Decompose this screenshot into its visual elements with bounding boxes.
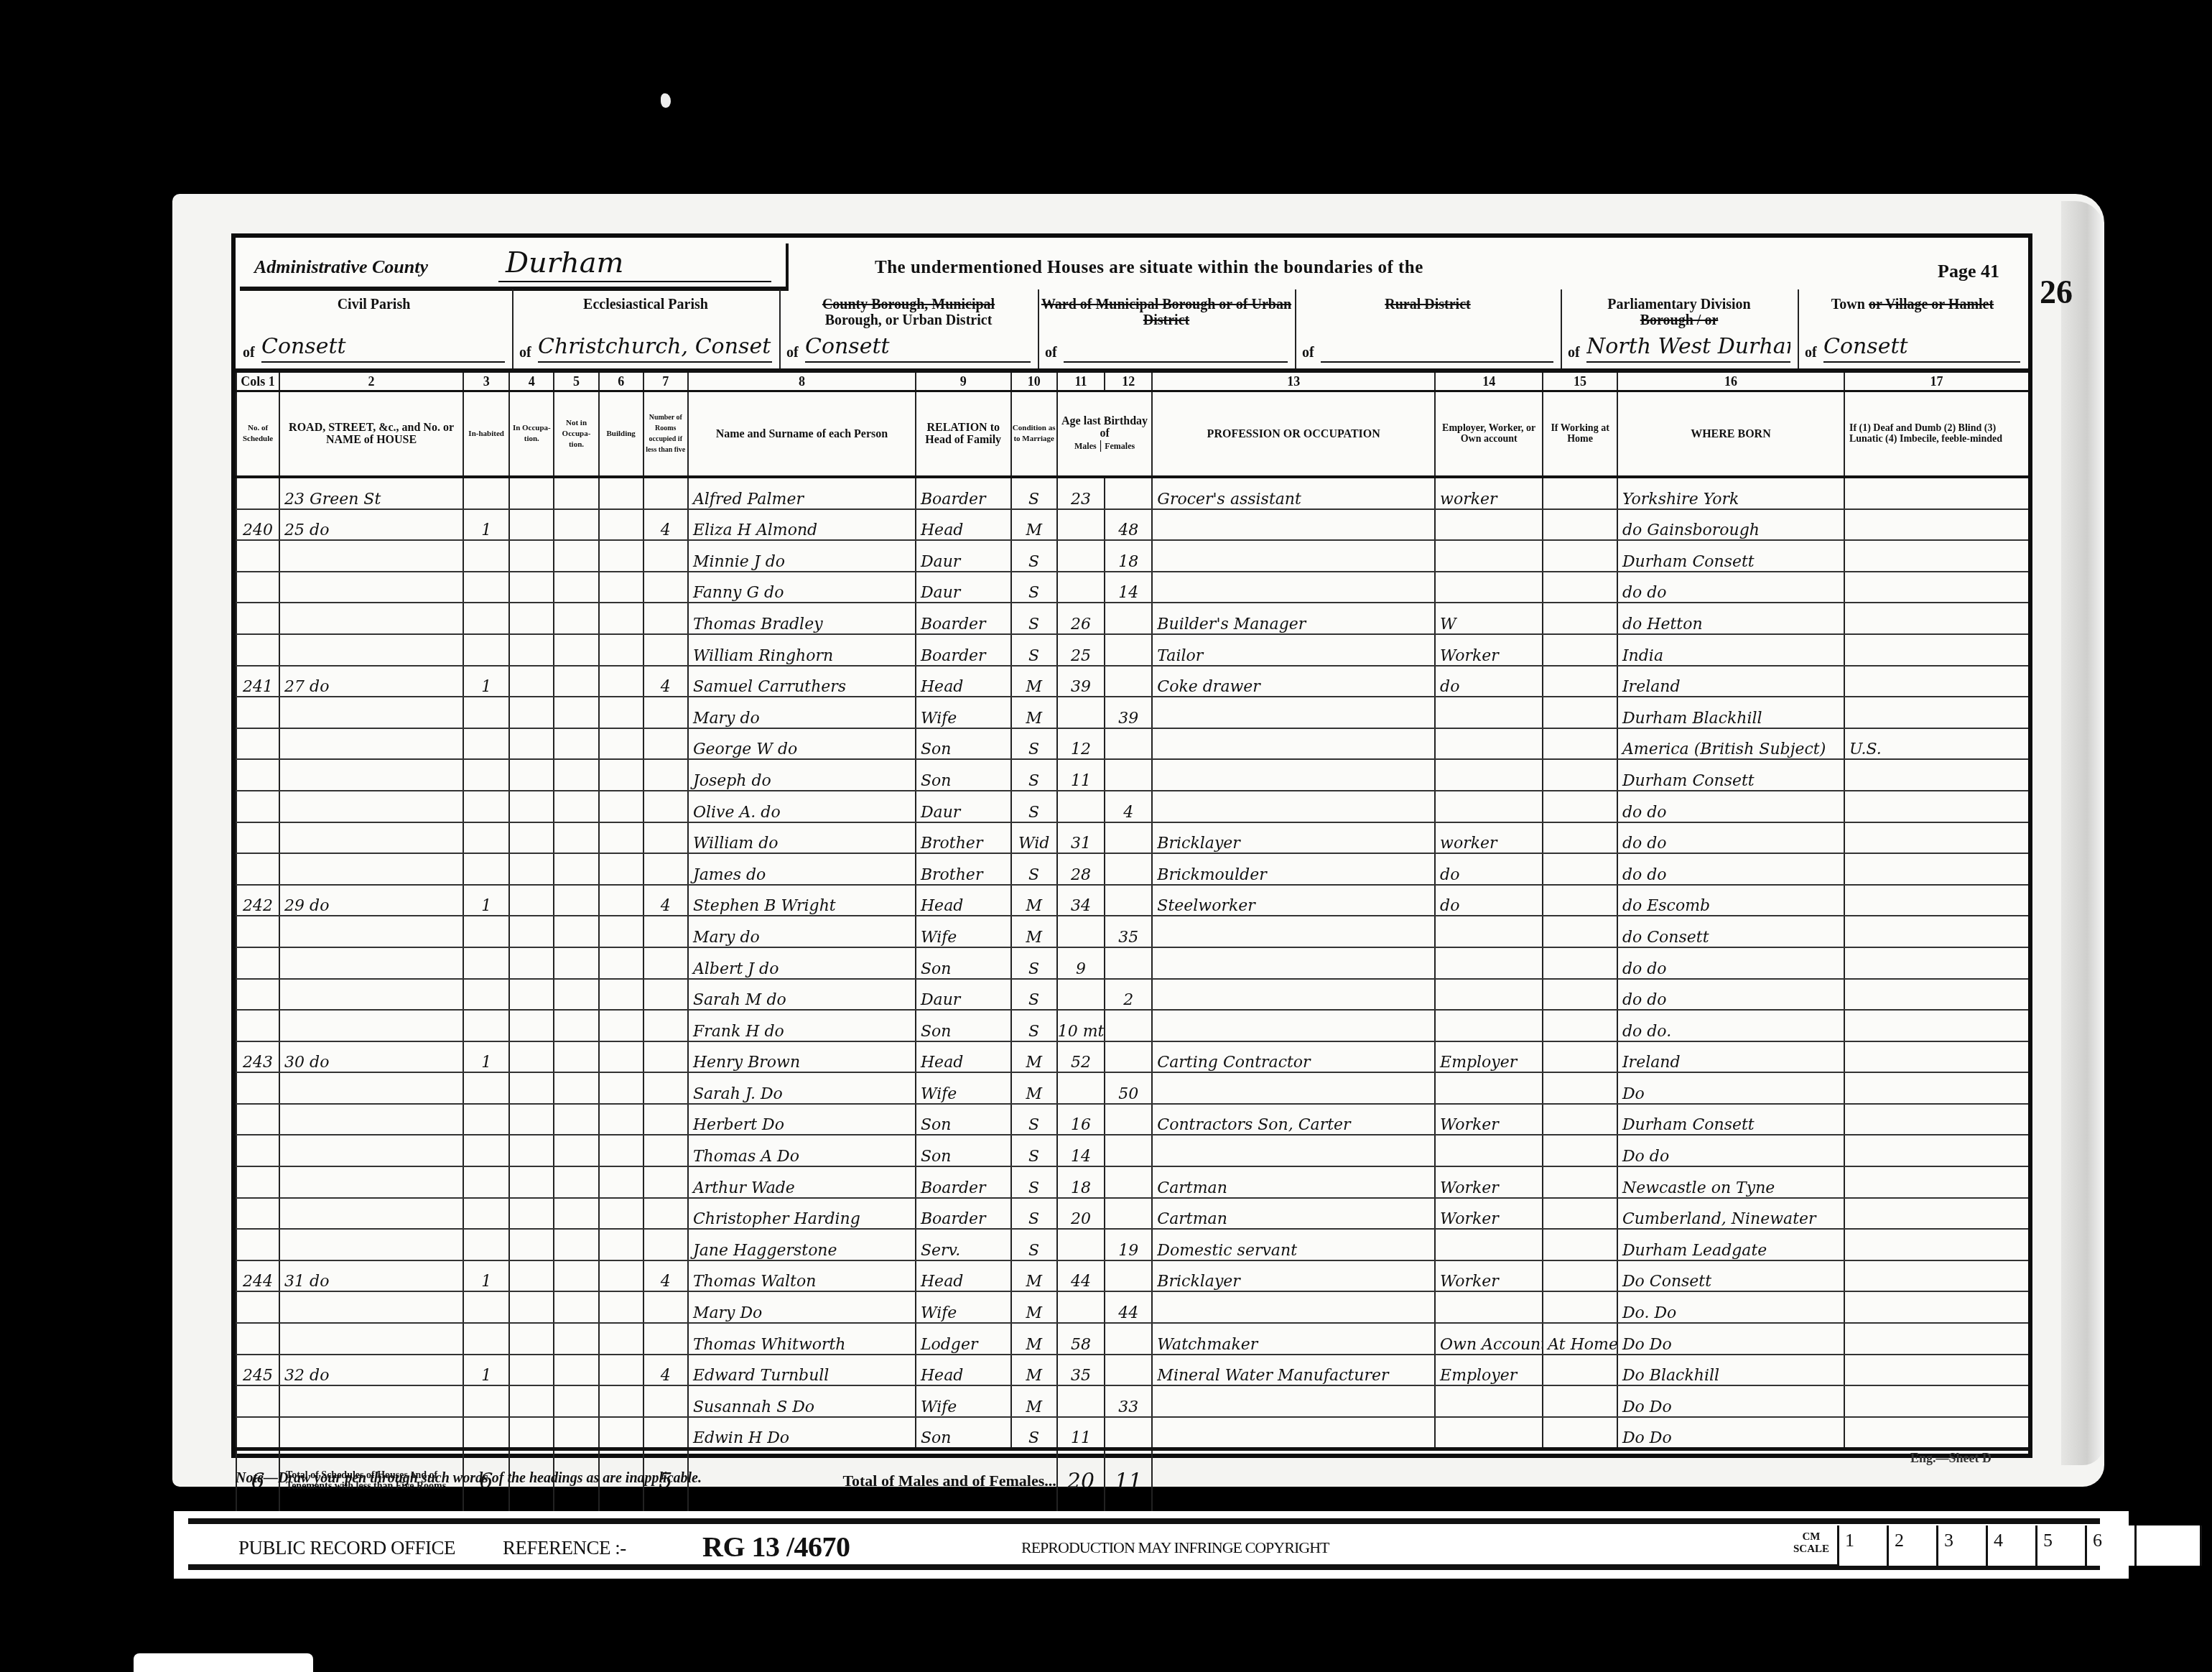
row-condition: S	[1011, 947, 1057, 979]
row-infirmity	[1844, 1417, 2028, 1449]
row-female-age	[1105, 759, 1152, 791]
row-male-age	[1057, 916, 1105, 947]
row-relation: Boarder	[916, 603, 1011, 634]
row-condition: S	[1011, 603, 1057, 634]
row-rooms: 4	[643, 885, 688, 916]
row-in-occupation	[509, 1072, 554, 1104]
row-building	[599, 1260, 643, 1292]
row-at-home	[1543, 979, 1617, 1011]
scale-mark: 4	[1986, 1525, 2035, 1566]
table-row: Thomas A DoSonS14Do do	[236, 1135, 2028, 1166]
row-inhabited	[463, 1010, 509, 1041]
row-infirmity	[1844, 634, 2028, 666]
row-condition: S	[1011, 1166, 1057, 1198]
row-schedule	[236, 759, 279, 791]
row-condition: S	[1011, 1198, 1057, 1230]
row-not-in-occupation	[554, 979, 598, 1011]
row-schedule	[236, 1166, 279, 1198]
row-relation: Serv.	[916, 1229, 1011, 1260]
row-female-age: 19	[1105, 1229, 1152, 1260]
table-row: George W doSonS12America (British Subjec…	[236, 728, 2028, 760]
row-male-age: 16	[1057, 1104, 1105, 1135]
row-inhabited	[463, 822, 509, 854]
cm-scale: CM SCALE 1 2 3 4 5 6	[1790, 1525, 2202, 1566]
row-rooms	[643, 1166, 688, 1198]
row-road	[279, 728, 463, 760]
row-where-born: Durham Leadgate	[1617, 1229, 1844, 1260]
row-occupation	[1152, 979, 1435, 1011]
row-employment	[1435, 759, 1543, 791]
row-female-age	[1105, 885, 1152, 916]
row-building	[599, 1072, 643, 1104]
row-not-in-occupation	[554, 1104, 598, 1135]
admin-county-label: Administrative County	[254, 256, 428, 278]
row-road	[279, 1291, 463, 1323]
row-where-born: do do	[1617, 822, 1844, 854]
row-not-in-occupation	[554, 1135, 598, 1166]
row-name: Thomas Bradley	[688, 603, 916, 634]
row-road	[279, 1385, 463, 1417]
form-code: Eng.—Sheet D	[1910, 1451, 1992, 1466]
row-rooms: 4	[643, 509, 688, 541]
row-inhabited	[463, 603, 509, 634]
table-row: Thomas WhitworthLodgerM58WatchmakerOwn A…	[236, 1323, 2028, 1355]
row-road: 27 do	[279, 666, 463, 697]
row-at-home	[1543, 1010, 1617, 1041]
row-inhabited	[463, 916, 509, 947]
row-condition: S	[1011, 1010, 1057, 1041]
row-infirmity	[1844, 1135, 2028, 1166]
area-ward: Ward of Municipal Borough or of Urban Di…	[1038, 289, 1296, 368]
row-occupation	[1152, 728, 1435, 760]
row-occupation	[1152, 791, 1435, 822]
row-in-occupation	[509, 1135, 554, 1166]
row-where-born: do do	[1617, 791, 1844, 822]
row-where-born: Durham Consett	[1617, 759, 1844, 791]
row-building	[599, 1135, 643, 1166]
row-schedule	[236, 1417, 279, 1449]
row-occupation	[1152, 509, 1435, 541]
row-inhabited	[463, 1198, 509, 1230]
row-in-occupation	[509, 885, 554, 916]
row-inhabited	[463, 759, 509, 791]
row-infirmity	[1844, 603, 2028, 634]
row-infirmity	[1844, 1323, 2028, 1355]
row-infirmity	[1844, 885, 2028, 916]
row-name: Samuel Carruthers	[688, 666, 916, 697]
row-building	[599, 1291, 643, 1323]
row-relation: Son	[916, 759, 1011, 791]
row-where-born: Cumberland, Ninewater	[1617, 1198, 1844, 1230]
row-inhabited	[463, 791, 509, 822]
row-name: Stephen B Wright	[688, 885, 916, 916]
area-town: Town or Village or Hamlet of Consett	[1798, 289, 2027, 368]
row-relation: Daur	[916, 540, 1011, 572]
row-occupation: Coke drawer	[1152, 666, 1435, 697]
row-male-age: 28	[1057, 853, 1105, 885]
row-where-born: do Gainsborough	[1617, 509, 1844, 541]
row-rooms	[643, 791, 688, 822]
header-where-born: WHERE BORN	[1617, 391, 1844, 478]
row-female-age	[1105, 634, 1152, 666]
row-condition: S	[1011, 540, 1057, 572]
row-building	[599, 947, 643, 979]
row-female-age	[1105, 1135, 1152, 1166]
row-name: Susannah S Do	[688, 1385, 916, 1417]
row-rooms	[643, 979, 688, 1011]
row-relation: Head	[916, 509, 1011, 541]
scale-mark: 6	[2085, 1525, 2134, 1566]
area-parliamentary-division: Parliamentary DivisionBorough / or of No…	[1561, 289, 1799, 368]
row-in-occupation	[509, 1417, 554, 1449]
row-building	[599, 697, 643, 728]
row-road	[279, 603, 463, 634]
row-schedule	[236, 916, 279, 947]
row-not-in-occupation	[554, 477, 598, 509]
row-female-age	[1105, 853, 1152, 885]
row-condition: M	[1011, 1323, 1057, 1355]
row-name: Alfred Palmer	[688, 477, 916, 509]
row-infirmity	[1844, 1072, 2028, 1104]
row-female-age	[1105, 1010, 1152, 1041]
row-female-age	[1105, 1417, 1152, 1449]
row-not-in-occupation	[554, 1417, 598, 1449]
row-name: Eliza H Almond	[688, 509, 916, 541]
row-building	[599, 540, 643, 572]
scale-mark-blank	[2134, 1525, 2202, 1566]
row-where-born: do Consett	[1617, 916, 1844, 947]
row-schedule	[236, 1010, 279, 1041]
row-relation: Head	[916, 1041, 1011, 1073]
row-occupation	[1152, 1135, 1435, 1166]
row-infirmity	[1844, 1229, 2028, 1260]
row-schedule: 241	[236, 666, 279, 697]
row-occupation: Cartman	[1152, 1198, 1435, 1230]
row-inhabited: 1	[463, 885, 509, 916]
row-where-born: do do.	[1617, 1010, 1844, 1041]
row-occupation	[1152, 1072, 1435, 1104]
row-where-born: do do	[1617, 853, 1844, 885]
row-in-occupation	[509, 1260, 554, 1292]
row-employment	[1435, 791, 1543, 822]
row-where-born: India	[1617, 634, 1844, 666]
row-rooms	[643, 1104, 688, 1135]
row-name: William do	[688, 822, 916, 854]
row-road	[279, 1166, 463, 1198]
row-not-in-occupation	[554, 697, 598, 728]
row-building	[599, 634, 643, 666]
admin-county-value: Durham	[506, 246, 624, 279]
row-female-age: 44	[1105, 1291, 1152, 1323]
row-occupation: Tailor	[1152, 634, 1435, 666]
row-relation: Boarder	[916, 477, 1011, 509]
row-relation: Brother	[916, 822, 1011, 854]
row-inhabited	[463, 1385, 509, 1417]
row-relation: Wife	[916, 916, 1011, 947]
table-row: 24127 do14Samuel CarruthersHeadM39Coke d…	[236, 666, 2028, 697]
row-road	[279, 1323, 463, 1355]
table-row: 24025 do14Eliza H AlmondHeadM48do Gainsb…	[236, 509, 2028, 541]
table-row: Sarah M doDaurS2do do	[236, 979, 2028, 1011]
row-infirmity	[1844, 916, 2028, 947]
row-at-home	[1543, 1072, 1617, 1104]
row-relation: Brother	[916, 853, 1011, 885]
row-not-in-occupation	[554, 853, 598, 885]
row-male-age	[1057, 979, 1105, 1011]
header-inhabited: In-habited	[463, 391, 509, 478]
row-at-home	[1543, 1198, 1617, 1230]
row-male-age	[1057, 1385, 1105, 1417]
row-inhabited: 1	[463, 1041, 509, 1073]
row-where-born: Yorkshire York	[1617, 477, 1844, 509]
row-schedule: 242	[236, 885, 279, 916]
row-name: Fanny G do	[688, 572, 916, 603]
row-at-home	[1543, 697, 1617, 728]
header-employment: Employer, Worker, or Own account	[1435, 391, 1543, 478]
row-in-occupation	[509, 666, 554, 697]
row-condition: S	[1011, 1104, 1057, 1135]
office-label: PUBLIC RECORD OFFICE	[238, 1537, 455, 1559]
row-where-born: do do	[1617, 947, 1844, 979]
header-relation: RELATION to Head of Family	[916, 391, 1011, 478]
row-female-age: 39	[1105, 697, 1152, 728]
row-name: William Ringhorn	[688, 634, 916, 666]
row-in-occupation	[509, 979, 554, 1011]
film-edge-tab	[134, 1653, 313, 1672]
row-at-home	[1543, 947, 1617, 979]
row-rooms: 4	[643, 666, 688, 697]
row-male-age: 44	[1057, 1260, 1105, 1292]
row-occupation	[1152, 759, 1435, 791]
row-employment	[1435, 728, 1543, 760]
row-not-in-occupation	[554, 1355, 598, 1386]
row-building	[599, 1417, 643, 1449]
row-building	[599, 1010, 643, 1041]
row-at-home	[1543, 1385, 1617, 1417]
row-female-age	[1105, 1104, 1152, 1135]
row-building	[599, 1104, 643, 1135]
row-female-age	[1105, 947, 1152, 979]
row-condition: S	[1011, 1135, 1057, 1166]
row-inhabited	[463, 697, 509, 728]
row-name: Thomas A Do	[688, 1135, 916, 1166]
row-occupation: Domestic servant	[1152, 1229, 1435, 1260]
row-rooms	[643, 1041, 688, 1073]
row-infirmity	[1844, 822, 2028, 854]
table-row: Joseph doSonS11Durham Consett	[236, 759, 2028, 791]
header-in-occupation: In Occupa-tion.	[509, 391, 554, 478]
table-row: Herbert DoSonS16Contractors Son, CarterW…	[236, 1104, 2028, 1135]
row-male-age	[1057, 1072, 1105, 1104]
row-at-home	[1543, 1104, 1617, 1135]
row-in-occupation	[509, 728, 554, 760]
row-rooms	[643, 728, 688, 760]
row-schedule	[236, 1385, 279, 1417]
row-rooms	[643, 1291, 688, 1323]
row-rooms	[643, 1072, 688, 1104]
row-rooms	[643, 1229, 688, 1260]
row-name: Edward Turnbull	[688, 1355, 916, 1386]
row-road	[279, 822, 463, 854]
row-rooms	[643, 1010, 688, 1041]
row-employment	[1435, 1135, 1543, 1166]
row-where-born: do Hetton	[1617, 603, 1844, 634]
row-road	[279, 1072, 463, 1104]
row-in-occupation	[509, 1166, 554, 1198]
row-employment: W	[1435, 603, 1543, 634]
row-condition: S	[1011, 853, 1057, 885]
row-rooms	[643, 603, 688, 634]
row-in-occupation	[509, 1041, 554, 1073]
row-schedule	[236, 634, 279, 666]
row-at-home	[1543, 1135, 1617, 1166]
row-infirmity	[1844, 477, 2028, 509]
row-employment	[1435, 540, 1543, 572]
row-building	[599, 1166, 643, 1198]
row-female-age: 18	[1105, 540, 1152, 572]
row-not-in-occupation	[554, 822, 598, 854]
row-name: James do	[688, 853, 916, 885]
row-female-age: 33	[1105, 1385, 1152, 1417]
row-relation: Boarder	[916, 634, 1011, 666]
reference-value: RG 13 /4670	[702, 1530, 850, 1564]
row-name: Albert J do	[688, 947, 916, 979]
row-occupation: Bricklayer	[1152, 822, 1435, 854]
row-infirmity	[1844, 979, 2028, 1011]
row-not-in-occupation	[554, 1291, 598, 1323]
row-occupation	[1152, 947, 1435, 979]
row-in-occupation	[509, 853, 554, 885]
row-infirmity	[1844, 759, 2028, 791]
row-relation: Son	[916, 1135, 1011, 1166]
row-inhabited	[463, 979, 509, 1011]
row-road	[279, 1229, 463, 1260]
row-not-in-occupation	[554, 666, 598, 697]
row-employment	[1435, 697, 1543, 728]
row-male-age: 52	[1057, 1041, 1105, 1073]
header-not-in-occupation: Not in Occupa-tion.	[554, 391, 598, 478]
row-at-home	[1543, 540, 1617, 572]
row-relation: Head	[916, 1260, 1011, 1292]
scale-label: CM SCALE	[1790, 1525, 1833, 1566]
row-where-born: do do	[1617, 572, 1844, 603]
row-infirmity	[1844, 947, 2028, 979]
row-male-age: 26	[1057, 603, 1105, 634]
row-inhabited	[463, 1072, 509, 1104]
row-where-born: do Escomb	[1617, 885, 1844, 916]
row-condition: S	[1011, 572, 1057, 603]
row-infirmity	[1844, 509, 2028, 541]
table-row: Olive A. doDaurS4do do	[236, 791, 2028, 822]
row-occupation	[1152, 572, 1435, 603]
total-females: 11	[1105, 1449, 1152, 1512]
copyright-notice: REPRODUCTION MAY INFRINGE COPYRIGHT	[1021, 1538, 1329, 1557]
row-not-in-occupation	[554, 1041, 598, 1073]
row-male-age: 58	[1057, 1323, 1105, 1355]
row-rooms	[643, 477, 688, 509]
row-employment: Employer	[1435, 1041, 1543, 1073]
row-name: Thomas Whitworth	[688, 1323, 916, 1355]
row-not-in-occupation	[554, 1198, 598, 1230]
row-occupation	[1152, 540, 1435, 572]
row-where-born: Do. Do	[1617, 1291, 1844, 1323]
column-header-row: No. of Schedule ROAD, STREET, &c., and N…	[236, 391, 2028, 478]
row-not-in-occupation	[554, 1323, 598, 1355]
row-in-occupation	[509, 634, 554, 666]
scale-mark: 3	[1936, 1525, 1986, 1566]
row-inhabited	[463, 540, 509, 572]
row-rooms	[643, 1417, 688, 1449]
row-building	[599, 916, 643, 947]
row-infirmity	[1844, 1041, 2028, 1073]
row-condition: M	[1011, 1291, 1057, 1323]
row-condition: M	[1011, 509, 1057, 541]
row-not-in-occupation	[554, 1010, 598, 1041]
row-rooms	[643, 1135, 688, 1166]
row-relation: Boarder	[916, 1166, 1011, 1198]
row-schedule	[236, 1072, 279, 1104]
row-employment	[1435, 947, 1543, 979]
row-road	[279, 572, 463, 603]
table-row: Jane HaggerstoneServ.S19Domestic servant…	[236, 1229, 2028, 1260]
folio-number: 26	[2040, 273, 2073, 311]
row-where-born: Do	[1617, 1072, 1844, 1104]
row-occupation: Builder's Manager	[1152, 603, 1435, 634]
table-row: James doBrotherS28Brickmoulderdodo do	[236, 853, 2028, 885]
row-infirmity	[1844, 853, 2028, 885]
row-building	[599, 979, 643, 1011]
row-male-age: 9	[1057, 947, 1105, 979]
row-condition: Wid	[1011, 822, 1057, 854]
row-road	[279, 1135, 463, 1166]
row-schedule	[236, 540, 279, 572]
row-at-home	[1543, 1166, 1617, 1198]
row-road: 30 do	[279, 1041, 463, 1073]
row-inhabited	[463, 947, 509, 979]
table-row: 24431 do14Thomas WaltonHeadM44Bricklayer…	[236, 1260, 2028, 1292]
row-male-age: 31	[1057, 822, 1105, 854]
row-employment: do	[1435, 853, 1543, 885]
row-schedule	[236, 822, 279, 854]
row-not-in-occupation	[554, 634, 598, 666]
row-occupation	[1152, 697, 1435, 728]
row-where-born: Do Do	[1617, 1417, 1844, 1449]
table-row: Minnie J doDaurS18Durham Consett	[236, 540, 2028, 572]
row-in-occupation	[509, 1291, 554, 1323]
row-female-age	[1105, 603, 1152, 634]
row-not-in-occupation	[554, 1166, 598, 1198]
header-at-home: If Working at Home	[1543, 391, 1617, 478]
row-rooms	[643, 634, 688, 666]
area-rural-district: Rural District of	[1295, 289, 1562, 368]
table-row: Susannah S DoWifeM33Do Do	[236, 1385, 2028, 1417]
row-where-born: do do	[1617, 979, 1844, 1011]
header-building: Building	[599, 391, 643, 478]
row-schedule: 244	[236, 1260, 279, 1292]
row-at-home	[1543, 1260, 1617, 1292]
column-number-row: Cols 1 2 3 4 5 6 7 8 9 10 11 12 13 14 15…	[236, 373, 2028, 391]
row-not-in-occupation	[554, 916, 598, 947]
total-males: 20	[1057, 1449, 1105, 1512]
row-road	[279, 634, 463, 666]
row-road	[279, 916, 463, 947]
note-text: Note—Draw your pen through such words of…	[236, 1470, 702, 1487]
row-road	[279, 853, 463, 885]
row-male-age: 12	[1057, 728, 1105, 760]
row-where-born: America (British Subject)	[1617, 728, 1844, 760]
row-female-age	[1105, 1355, 1152, 1386]
row-schedule	[236, 853, 279, 885]
